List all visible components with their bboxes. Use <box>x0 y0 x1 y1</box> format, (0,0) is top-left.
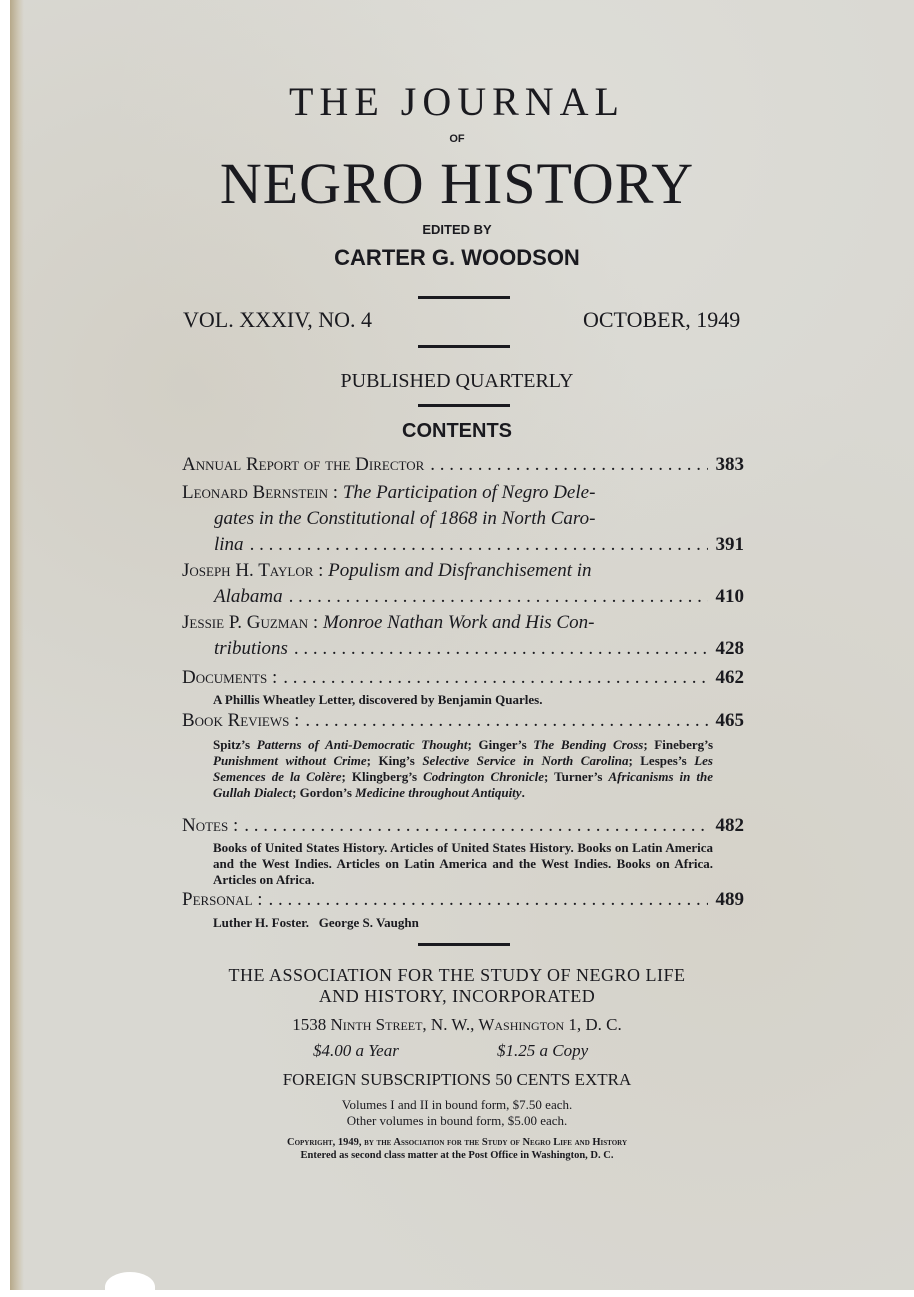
publisher-name: THE ASSOCIATION FOR THE STUDY OF NEGRO L… <box>0 965 914 1007</box>
toc-author: Joseph H. Taylor <box>182 560 313 581</box>
edited-by-label: EDITED BY <box>0 222 914 237</box>
divider-rule <box>418 943 510 946</box>
toc-title: Monroe Nathan Work and His Con- <box>323 612 594 633</box>
toc-entry-personal[interactable]: Personal : 489 <box>182 887 744 913</box>
title-of: OF <box>0 133 914 145</box>
issue-date: OCTOBER, 1949 <box>583 307 740 333</box>
contents-heading: CONTENTS <box>0 420 914 443</box>
toc-page-number: 428 <box>714 636 744 662</box>
toc-page-number: 391 <box>714 532 744 558</box>
toc-page-number: 489 <box>714 887 744 913</box>
volume-number: VOL. XXXIV, NO. 4 <box>183 307 372 333</box>
toc-page-number: 462 <box>714 665 744 691</box>
toc-author: Jessie P. Guzman <box>182 612 308 633</box>
toc-entry-notes[interactable]: Notes : 482 <box>182 813 744 839</box>
toc-entry-bernstein[interactable]: Leonard Bernstein : The Participation of… <box>182 480 744 558</box>
toc-author: Notes <box>182 815 228 836</box>
publication-frequency: PUBLISHED QUARTERLY <box>0 370 914 393</box>
journal-title-top: THE JOURNAL <box>0 78 914 125</box>
toc-title: lina <box>214 532 244 558</box>
toc-entry-book-reviews[interactable]: Book Reviews : 465 <box>182 708 744 734</box>
toc-title: tributions <box>214 636 288 662</box>
leader-dots <box>430 452 708 478</box>
toc-page-number: 465 <box>714 708 744 734</box>
price-per-copy: $1.25 a Copy <box>497 1041 588 1061</box>
leader-dots <box>305 708 708 734</box>
toc-entry-taylor[interactable]: Joseph H. Taylor : Populism and Disfranc… <box>182 558 744 610</box>
leader-dots <box>283 665 708 691</box>
toc-author: Annual Report of the Director <box>182 452 424 478</box>
leader-dots <box>289 584 708 610</box>
torn-corner <box>105 1272 155 1297</box>
toc-page-number: 410 <box>714 584 744 610</box>
toc-title: Alabama <box>214 584 283 610</box>
divider-rule <box>418 345 510 348</box>
leader-dots <box>269 887 708 913</box>
foreign-subscriptions-note: FOREIGN SUBSCRIPTIONS 50 CENTS EXTRA <box>0 1070 914 1090</box>
divider-rule <box>418 404 510 407</box>
copyright-notice: Copyright, 1949, by the Association for … <box>0 1136 914 1162</box>
toc-title: The Participation of Negro Dele- <box>343 482 596 503</box>
toc-page-number: 482 <box>714 813 744 839</box>
divider-rule <box>418 296 510 299</box>
bound-volumes-note: Volumes I and II in bound form, $7.50 ea… <box>0 1097 914 1129</box>
toc-title: gates in the Constitutional of 1868 in N… <box>214 506 595 532</box>
toc-subentry-personal: Luther H. Foster. George S. Vaughn <box>213 915 713 931</box>
toc-author: Documents <box>182 667 267 688</box>
toc-entry-guzman[interactable]: Jessie P. Guzman : Monroe Nathan Work an… <box>182 610 744 662</box>
toc-subentry-documents: A Phillis Wheatley Letter, discovered by… <box>213 692 713 708</box>
toc-entry-annual-report[interactable]: Annual Report of the Director 383 <box>182 452 744 478</box>
toc-page-number: 383 <box>714 452 744 478</box>
toc-author: Personal <box>182 889 253 910</box>
toc-subentry-book-reviews: Spitz’s Patterns of Anti-Democratic Thou… <box>213 737 713 801</box>
journal-title-main: NEGRO HISTORY <box>0 150 914 217</box>
toc-author: Book Reviews <box>182 710 289 731</box>
leader-dots <box>250 532 708 558</box>
editor-name: CARTER G. WOODSON <box>0 245 914 271</box>
toc-entry-documents[interactable]: Documents : 462 <box>182 665 744 691</box>
publisher-address: 1538 Ninth Street, N. W., Washington 1, … <box>0 1015 914 1035</box>
toc-subentry-notes: Books of United States History. Articles… <box>213 840 713 888</box>
price-per-year: $4.00 a Year <box>313 1041 399 1061</box>
leader-dots <box>294 636 708 662</box>
leader-dots <box>244 813 708 839</box>
toc-title: Populism and Disfranchisement in <box>328 560 591 581</box>
toc-author: Leonard Bernstein <box>182 482 328 503</box>
